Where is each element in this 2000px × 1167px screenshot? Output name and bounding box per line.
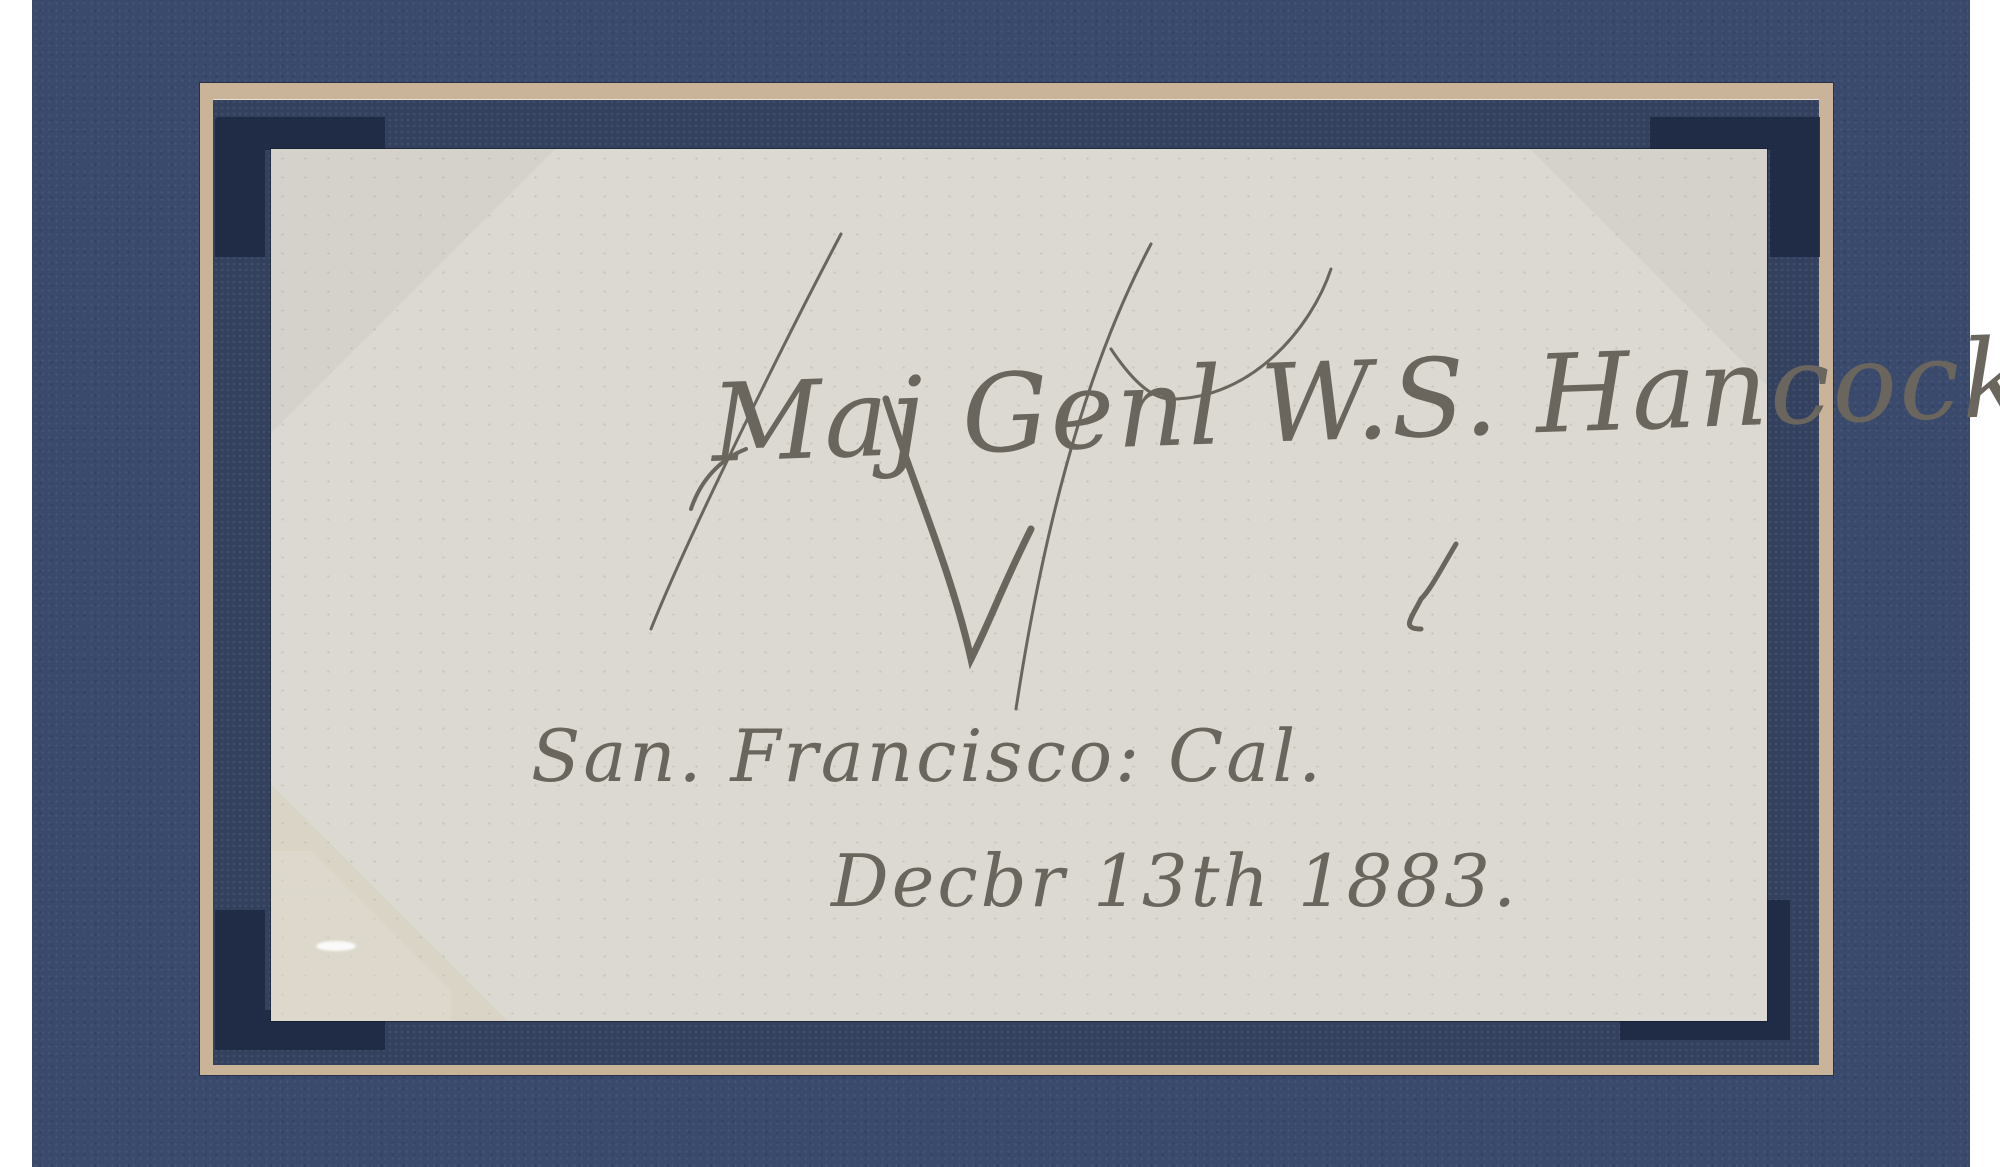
autograph-card: Maj Genl W.S. Hancock San. Francisco: Ca… [271,149,1767,1021]
date-line: Decbr 13th 1883. [831,839,1519,923]
place-line: San. Francisco: Cal. [531,714,1324,798]
sleeve-glint [316,941,356,951]
plastic-corner-sleeve [271,851,451,1021]
